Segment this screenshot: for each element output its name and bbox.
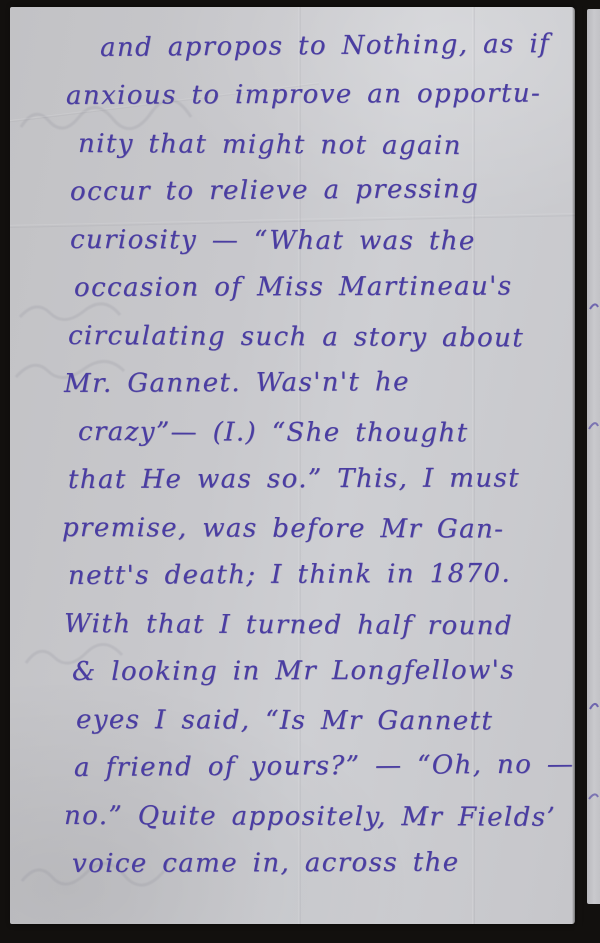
handwritten-line: anxious to improve an opportu- [66,78,559,111]
handwritten-line: no.” Quite appositely, Mr Fields’ [64,801,559,833]
adjacent-page-ink-marks [587,9,600,904]
letter-page: and apropos to Nothing, as ifanxious to … [10,7,575,924]
handwritten-line: Mr. Gannet. Was'n't he [64,366,559,399]
handwritten-line: voice came in, across the [72,847,559,879]
handwritten-line: nett's death; I think in 1870. [68,558,559,591]
handwritten-line: that He was so.” This, I must [68,463,559,495]
letter-text: and apropos to Nothing, as ifanxious to … [54,33,559,897]
handwritten-line: curiosity — “What was the [70,225,559,257]
letter-photograph: and apropos to Nothing, as ifanxious to … [0,0,600,943]
adjacent-page-edge [587,9,600,904]
handwritten-line: & looking in Mr Longfellow's [72,655,559,687]
handwritten-line: crazy”— (I.) “She thought [78,417,559,449]
handwritten-line: occur to relieve a pressing [70,174,559,207]
handwritten-line: and apropos to Nothing, as if [100,29,559,63]
handwritten-line: With that I turned half round [64,609,559,642]
handwritten-line: premise, was before Mr Gan- [62,513,559,545]
handwritten-line: circulating such a story about [68,321,559,354]
handwritten-line: a friend of yours?” — “Oh, no — [74,750,559,783]
handwritten-line: eyes I said, “Is Mr Gannett [76,705,559,737]
handwritten-line: nity that might not again [78,129,559,162]
handwritten-line: occasion of Miss Martineau's [74,271,559,303]
page-edge-shadow [572,0,582,943]
